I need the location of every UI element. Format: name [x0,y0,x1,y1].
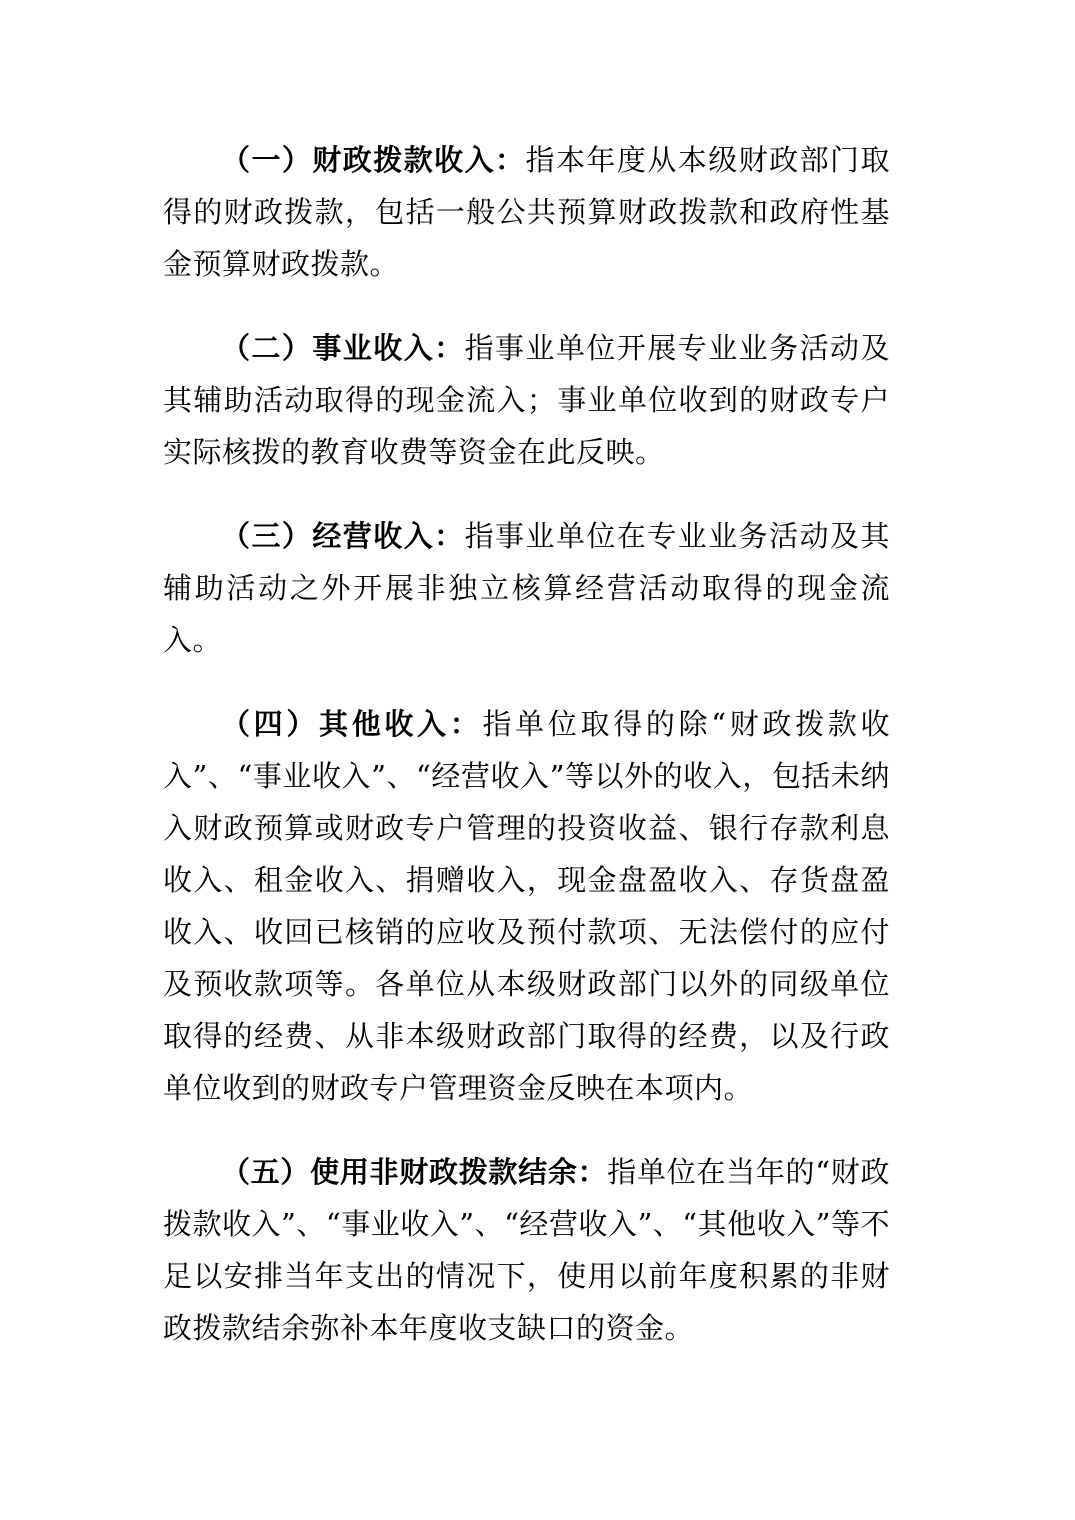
paragraph-1: （一）财政拨款收入：指本年度从本级财政部门取得的财政拨款，包括一般公共预算财政拨… [163,134,890,290]
paragraph-3: （三）经营收入：指事业单位在专业业务活动及其辅助活动之外开展非独立核算经营活动取… [163,510,890,666]
paragraph-text: 指单位取得的除“财政拨款收入”、“事业收入”、“经营收入”等以外的收入，包括未纳… [163,707,890,1105]
document-body: （一）财政拨款收入：指本年度从本级财政部门取得的财政拨款，包括一般公共预算财政拨… [163,134,890,1354]
paragraph-heading: （三）经营收入： [221,519,465,553]
paragraph-heading: （二）事业收入： [221,331,465,365]
paragraph-2: （二）事业收入：指事业单位开展专业业务活动及其辅助活动取得的现金流入；事业单位收… [163,322,890,478]
paragraph-heading: （四）其他收入： [221,707,482,741]
document-page: （一）财政拨款收入：指本年度从本级财政部门取得的财政拨款，包括一般公共预算财政拨… [0,0,1075,1520]
paragraph-heading: （五）使用非财政拨款结余： [221,1155,607,1189]
paragraph-5: （五）使用非财政拨款结余：指单位在当年的“财政拨款收入”、“事业收入”、“经营收… [163,1146,890,1354]
paragraph-heading: （一）财政拨款收入： [221,143,526,177]
paragraph-4: （四）其他收入：指单位取得的除“财政拨款收入”、“事业收入”、“经营收入”等以外… [163,698,890,1114]
